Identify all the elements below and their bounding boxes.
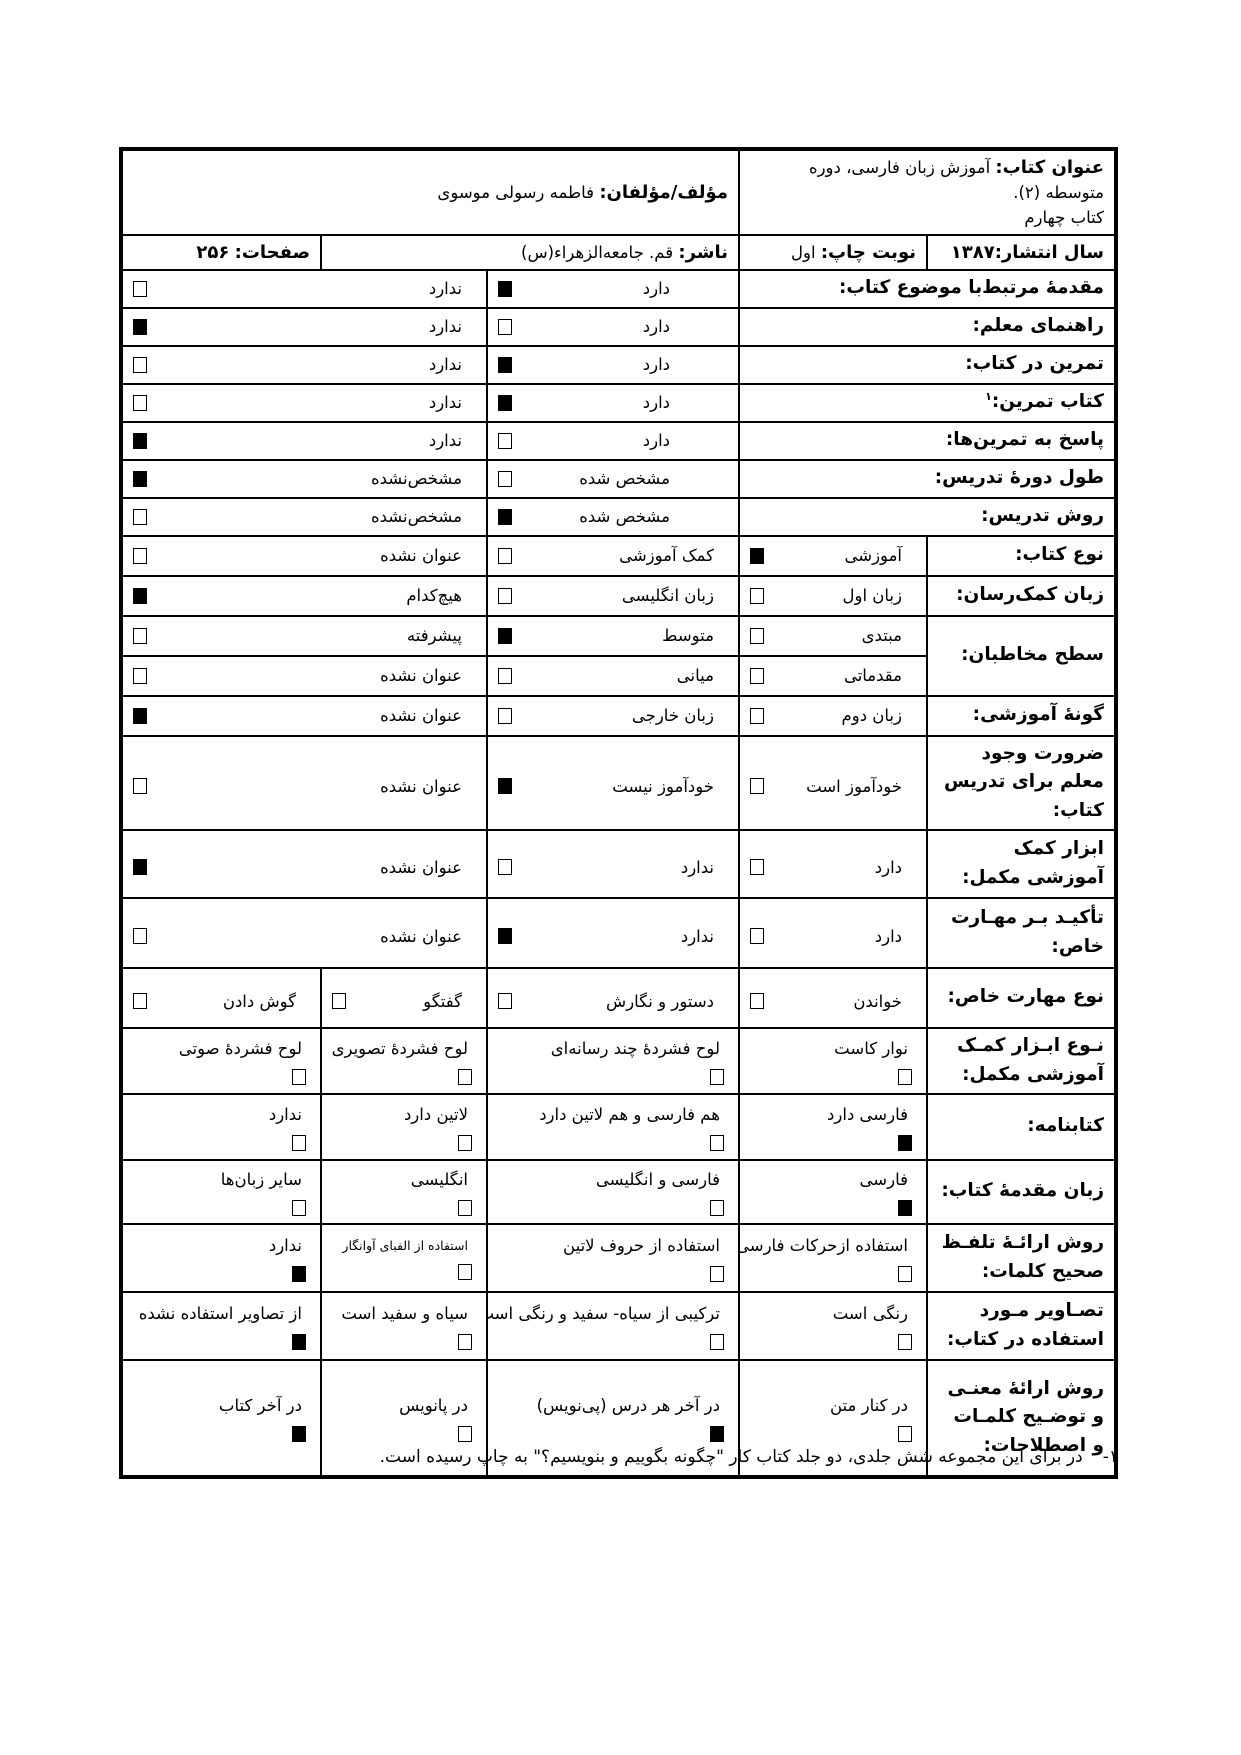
field-label-cell: طول دورهٔ تدریس:	[739, 460, 1116, 498]
option-checkbox	[292, 1426, 306, 1442]
option-checkbox	[458, 1426, 472, 1442]
option-label: دارد	[643, 279, 670, 298]
footnote-text: در برای این مجموعه شش جلدی، دو جلد کتاب …	[380, 1447, 1083, 1467]
row-teaching-duration: طول دورهٔ تدریس: مشخص شده مشخص‌نشده	[121, 460, 1116, 498]
row-images-used: تصـاویر مـورد استفاده در کتاب: رنگی است …	[121, 1292, 1116, 1360]
publisher-cell: ناشر: قم. جامعه‌الزهراء(س)	[321, 235, 739, 270]
option-label: در کنار متن	[830, 1396, 908, 1415]
field-label-cell: پاسخ به تمرین‌ها:	[739, 422, 1116, 460]
field-label: مقدمهٔ مرتبط‌با موضوع کتاب:	[839, 277, 1104, 298]
pages-value: ۲۵۶	[196, 242, 229, 263]
option-label: انگلیسی	[411, 1170, 468, 1189]
option-label: مشخص‌نشده	[371, 469, 462, 488]
option-cell: دارد	[487, 422, 739, 460]
publish-year-value: ۱۳۸۷	[951, 242, 995, 263]
option-cell: فارسی	[739, 1160, 927, 1224]
option-label: عنوان نشده	[380, 706, 462, 725]
option-checkbox	[133, 548, 147, 564]
option-checkbox	[332, 993, 346, 1009]
field-label: گونهٔ آموزشی:	[973, 704, 1104, 725]
option-label: متوسط	[662, 626, 714, 645]
option-checkbox	[498, 433, 512, 449]
option-label: مبتدی	[862, 626, 902, 645]
row-bibliography: کتابنامه: فارسی دارد هم فارسی و هم لاتین…	[121, 1094, 1116, 1160]
option-cell: استفاده از حروف لاتین	[487, 1224, 739, 1292]
row-title-author: عنوان کتاب: آموزش زبان فارسی، دوره متوسط…	[121, 149, 1116, 235]
option-checkbox	[133, 993, 147, 1009]
option-checkbox	[133, 928, 147, 944]
option-cell: رنگی است	[739, 1292, 927, 1360]
option-cell: دارد	[487, 384, 739, 422]
option-cell: کمک آموزشی	[487, 536, 739, 576]
row-exercises-in-book: تمرین در کتاب: دارد ندارد	[121, 346, 1116, 384]
option-checkbox	[750, 628, 764, 644]
option-checkbox	[292, 1334, 306, 1350]
option-cell: مشخص شده	[487, 498, 739, 536]
option-checkbox	[498, 548, 512, 564]
option-label: استفاده ازحرکات فارسی	[739, 1236, 908, 1255]
option-cell: دارد	[739, 898, 927, 968]
option-checkbox	[133, 628, 147, 644]
option-label: پیشرفته	[407, 626, 462, 645]
publisher-label: ناشر:	[678, 242, 728, 263]
option-cell: سیاه و سفید است	[321, 1292, 487, 1360]
option-label: زبان دوم	[842, 706, 902, 725]
option-cell: نوار کاست	[739, 1028, 927, 1094]
option-cell: ندارد	[121, 422, 487, 460]
field-label: روش تدریس:	[981, 505, 1104, 526]
option-label: کمک آموزشی	[619, 546, 714, 565]
row-workbook: کتاب تمرین:۱ دارد ندارد	[121, 384, 1116, 422]
option-cell: ترکیبی از سیاه- سفید و رنگی است	[487, 1292, 739, 1360]
option-label: ندارد	[429, 393, 462, 412]
option-checkbox	[498, 588, 512, 604]
option-cell: لاتین دارد	[321, 1094, 487, 1160]
option-checkbox	[710, 1069, 724, 1085]
field-label-cell: کتاب تمرین:۱	[739, 384, 1116, 422]
option-cell: ندارد	[121, 384, 487, 422]
field-label: زبان مقدمهٔ کتاب:	[941, 1180, 1104, 1201]
field-label-cell: تأکیـد بـر مهـارت خاص:	[927, 898, 1116, 968]
option-cell: فارسی دارد	[739, 1094, 927, 1160]
option-label: خودآموز است	[806, 777, 902, 796]
edition-value: اول	[791, 243, 816, 262]
pages-label: صفحات:	[235, 242, 310, 263]
option-checkbox	[898, 1135, 912, 1151]
option-checkbox	[133, 509, 147, 525]
option-cell: دارد	[739, 830, 927, 898]
option-cell: سایر زبان‌ها	[121, 1160, 321, 1224]
option-label: رنگی است	[833, 1304, 908, 1323]
option-checkbox	[710, 1426, 724, 1442]
field-label-cell: کتابنامه:	[927, 1094, 1116, 1160]
row-educational-variety: گونهٔ آموزشی: زبان دوم زبان خارجی عنوان …	[121, 696, 1116, 736]
option-checkbox	[498, 778, 512, 794]
option-cell: ندارد	[121, 270, 487, 308]
option-cell: مشخص‌نشده	[121, 460, 487, 498]
option-cell: متوسط	[487, 616, 739, 656]
row-preface-language: زبان مقدمهٔ کتاب: فارسی فارسی و انگلیسی …	[121, 1160, 1116, 1224]
option-label: زبان انگلیسی	[622, 586, 714, 605]
option-label: خودآموز نیست	[612, 777, 714, 796]
field-label-cell: روش تدریس:	[739, 498, 1116, 536]
field-label: نوع مهارت خاص:	[948, 986, 1104, 1007]
option-checkbox	[498, 319, 512, 335]
field-label: تصـاویر مـورد استفاده در کتاب:	[947, 1300, 1104, 1350]
row-emphasis-on-specific-skill: تأکیـد بـر مهـارت خاص: دارد ندارد عنوان …	[121, 898, 1116, 968]
author-cell: مؤلف/مؤلفان: فاطمه رسولی موسوی	[121, 149, 739, 235]
book-evaluation-table: عنوان کتاب: آموزش زبان فارسی، دوره متوسط…	[119, 147, 1118, 1479]
field-label: راهنمای معلم:	[973, 315, 1104, 336]
option-cell: لوح فشردهٔ صوتی	[121, 1028, 321, 1094]
footnote-marker: ۱-	[1103, 1447, 1118, 1467]
field-label-cell: نـوع ابـزار کمـک آموزشی مکمل:	[927, 1028, 1116, 1094]
option-cell: ندارد	[121, 1094, 321, 1160]
option-checkbox	[498, 859, 512, 875]
option-cell: لوح فشردهٔ چند رسانه‌ای	[487, 1028, 739, 1094]
option-cell: آموزشی	[739, 536, 927, 576]
option-label: در پانویس	[399, 1396, 468, 1415]
option-cell: هم فارسی و هم لاتین دارد	[487, 1094, 739, 1160]
footnote: ۱-در برای این مجموعه شش جلدی، دو جلد کتا…	[122, 1447, 1118, 1467]
option-checkbox	[750, 548, 764, 564]
option-cell: عنوان نشده	[121, 736, 487, 830]
field-label-cell: ابزار کمک آموزشی مکمل:	[927, 830, 1116, 898]
field-label-cell: زبان کمک‌رسان:	[927, 576, 1116, 616]
option-cell: عنوان نشده	[121, 696, 487, 736]
row-teacher-guide: راهنمای معلم: دارد ندارد	[121, 308, 1116, 346]
option-checkbox	[133, 859, 147, 875]
field-label: ضرورت وجود معلم برای تدریس کتاب:	[944, 743, 1104, 821]
field-label-cell: ضرورت وجود معلم برای تدریس کتاب:	[927, 736, 1116, 830]
option-label: ندارد	[269, 1105, 302, 1124]
row-pronunciation-method: روش ارائـهٔ تلفـظ صحیح کلمات: استفاده از…	[121, 1224, 1116, 1292]
option-cell: استفاده از الفبای آوانگار	[321, 1224, 487, 1292]
option-cell: هیچ‌کدام	[121, 576, 487, 616]
option-label: دارد	[875, 858, 902, 877]
author-label: مؤلف/مؤلفان:	[599, 182, 728, 203]
option-checkbox	[710, 1266, 724, 1282]
option-checkbox	[710, 1135, 724, 1151]
option-cell: زبان اول	[739, 576, 927, 616]
publish-year-label: سال انتشار:	[995, 242, 1104, 263]
row-audience-level-1: سطح مخاطبان: مبتدی متوسط پیشرفته	[121, 616, 1116, 656]
option-cell: عنوان نشده	[121, 536, 487, 576]
option-label: سایر زبان‌ها	[221, 1170, 302, 1189]
option-checkbox	[750, 859, 764, 875]
edition-cell: نوبت چاپ: اول	[739, 235, 927, 270]
option-checkbox	[498, 509, 512, 525]
field-label-cell: تمرین در کتاب:	[739, 346, 1116, 384]
option-label: مشخص شده	[579, 507, 670, 526]
publish-year-cell: سال انتشار:۱۳۸۷	[927, 235, 1116, 270]
option-checkbox	[498, 668, 512, 684]
option-label: میانی	[677, 666, 714, 685]
option-label: نوار کاست	[834, 1039, 908, 1058]
option-checkbox	[498, 628, 512, 644]
option-cell: دستور و نگارش	[487, 968, 739, 1028]
option-checkbox	[898, 1200, 912, 1216]
option-label: مقدماتی	[844, 666, 902, 685]
field-label: روش ارائـهٔ تلفـظ صحیح کلمات:	[942, 1232, 1104, 1282]
option-checkbox	[133, 433, 147, 449]
option-checkbox	[750, 668, 764, 684]
option-checkbox	[133, 668, 147, 684]
option-label: مشخص شده	[579, 469, 670, 488]
option-cell: مشخص شده	[487, 460, 739, 498]
field-label: سطح مخاطبان:	[961, 644, 1104, 665]
option-checkbox	[292, 1266, 306, 1282]
option-label: لوح فشردهٔ چند رسانه‌ای	[551, 1039, 720, 1058]
option-label: استفاده از الفبای آوانگار	[342, 1238, 468, 1253]
option-label: عنوان نشده	[380, 546, 462, 565]
option-cell: خواندن	[739, 968, 927, 1028]
row-supplementary-teaching-aids: ابزار کمک آموزشی مکمل: دارد ندارد عنوان …	[121, 830, 1116, 898]
field-label: روش ارائهٔ معنـی و توضـیح کلمـات و اصطلا…	[947, 1378, 1104, 1456]
field-label-cell: نوع کتاب:	[927, 536, 1116, 576]
option-label: عنوان نشده	[380, 777, 462, 796]
option-label: فارسی	[860, 1170, 908, 1189]
field-label-cell: مقدمهٔ مرتبط‌با موضوع کتاب:	[739, 270, 1116, 308]
option-cell: عنوان نشده	[121, 898, 487, 968]
row-teaching-method: روش تدریس: مشخص شده مشخص‌نشده	[121, 498, 1116, 536]
option-label: ترکیبی از سیاه- سفید و رنگی است	[487, 1304, 720, 1323]
option-cell: زبان دوم	[739, 696, 927, 736]
option-label: دارد	[643, 317, 670, 336]
option-cell: ندارد	[121, 1224, 321, 1292]
row-specific-skill-type: نوع مهارت خاص: خواندن دستور و نگارش گفتگ…	[121, 968, 1116, 1028]
option-checkbox	[750, 708, 764, 724]
field-label: نـوع ابـزار کمـک آموزشی مکمل:	[957, 1035, 1104, 1085]
option-cell: گوش دادن	[121, 968, 321, 1028]
row-intro-related-to-topic: مقدمهٔ مرتبط‌با موضوع کتاب: دارد ندارد	[121, 270, 1116, 308]
row-supplementary-aid-type: نـوع ابـزار کمـک آموزشی مکمل: نوار کاست …	[121, 1028, 1116, 1094]
option-label: عنوان نشده	[380, 927, 462, 946]
author-value: فاطمه رسولی موسوی	[437, 183, 594, 202]
option-checkbox	[292, 1200, 306, 1216]
option-cell: زبان انگلیسی	[487, 576, 739, 616]
option-label: گوش دادن	[223, 992, 296, 1011]
option-label: ندارد	[429, 355, 462, 374]
option-checkbox	[710, 1334, 724, 1350]
option-cell: میانی	[487, 656, 739, 696]
row-auxiliary-language: زبان کمک‌رسان: زبان اول زبان انگلیسی هیچ…	[121, 576, 1116, 616]
option-label: خواندن	[853, 992, 902, 1011]
field-label: ابزار کمک آموزشی مکمل:	[962, 838, 1104, 888]
option-cell: خودآموز است	[739, 736, 927, 830]
pages-cell: صفحات: ۲۵۶	[121, 235, 321, 270]
option-checkbox	[292, 1135, 306, 1151]
option-label: سیاه و سفید است	[341, 1304, 468, 1323]
option-checkbox	[458, 1264, 472, 1280]
option-checkbox	[458, 1069, 472, 1085]
option-label: فارسی و انگلیسی	[596, 1170, 720, 1189]
option-checkbox	[133, 778, 147, 794]
option-label: در آخر کتاب	[219, 1396, 302, 1415]
option-checkbox	[133, 395, 147, 411]
option-label: ندارد	[429, 431, 462, 450]
option-label: عنوان نشده	[380, 858, 462, 877]
option-checkbox	[498, 395, 512, 411]
option-label: دارد	[643, 393, 670, 412]
option-label: لوح فشردهٔ صوتی	[179, 1039, 302, 1058]
option-label: ندارد	[681, 927, 714, 946]
option-cell: ندارد	[121, 308, 487, 346]
option-label: در آخر هر درس (پی‌نویس)	[537, 1396, 720, 1415]
option-checkbox	[898, 1334, 912, 1350]
option-label: دارد	[643, 431, 670, 450]
option-label: دستور و نگارش	[606, 992, 714, 1011]
option-checkbox	[458, 1135, 472, 1151]
option-label: هم فارسی و هم لاتین دارد	[539, 1105, 720, 1124]
option-label: از تصاویر استفاده نشده	[139, 1304, 302, 1323]
option-label: گفتگو	[423, 992, 462, 1011]
row-answers-to-exercises: پاسخ به تمرین‌ها: دارد ندارد	[121, 422, 1116, 460]
option-label: ندارد	[429, 317, 462, 336]
option-label: دارد	[643, 355, 670, 374]
option-cell: زبان خارجی	[487, 696, 739, 736]
option-checkbox	[750, 993, 764, 1009]
publisher-value: قم. جامعه‌الزهراء(س)	[521, 243, 673, 262]
option-checkbox	[750, 778, 764, 794]
field-label-cell: زبان مقدمهٔ کتاب:	[927, 1160, 1116, 1224]
option-cell: انگلیسی	[321, 1160, 487, 1224]
option-label: آموزشی	[845, 546, 903, 565]
option-checkbox	[133, 319, 147, 335]
option-cell: استفاده ازحرکات فارسی	[739, 1224, 927, 1292]
field-label: کتابنامه:	[1027, 1115, 1104, 1136]
option-label: لوح فشردهٔ تصویری	[332, 1039, 468, 1058]
field-label-cell: سطح مخاطبان:	[927, 616, 1116, 696]
option-label: ندارد	[429, 279, 462, 298]
option-checkbox	[750, 588, 764, 604]
option-checkbox	[498, 928, 512, 944]
option-checkbox	[458, 1334, 472, 1350]
option-cell: ندارد	[487, 898, 739, 968]
option-checkbox	[898, 1426, 912, 1442]
option-label: لاتین دارد	[404, 1105, 468, 1124]
option-label: زبان خارجی	[632, 706, 714, 725]
option-checkbox	[710, 1200, 724, 1216]
book-title-cell: عنوان کتاب: آموزش زبان فارسی، دوره متوسط…	[739, 149, 1116, 235]
option-cell: مشخص‌نشده	[121, 498, 487, 536]
field-label-cell: گونهٔ آموزشی:	[927, 696, 1116, 736]
footnote-marker-ref: ۱	[985, 390, 992, 403]
option-checkbox	[458, 1200, 472, 1216]
option-cell: فارسی و انگلیسی	[487, 1160, 739, 1224]
option-checkbox	[498, 708, 512, 724]
option-cell: لوح فشردهٔ تصویری	[321, 1028, 487, 1094]
option-cell: خودآموز نیست	[487, 736, 739, 830]
row-publication-info: سال انتشار:۱۳۸۷ نوبت چاپ: اول ناشر: قم. …	[121, 235, 1116, 270]
option-checkbox	[133, 471, 147, 487]
book-title-label: عنوان کتاب:	[995, 157, 1104, 178]
option-checkbox	[498, 471, 512, 487]
option-checkbox	[133, 357, 147, 373]
field-label: کتاب تمرین:	[992, 391, 1104, 412]
option-cell: عنوان نشده	[121, 656, 487, 696]
option-label: ندارد	[681, 858, 714, 877]
field-label: پاسخ به تمرین‌ها:	[946, 429, 1104, 450]
option-label: ندارد	[269, 1236, 302, 1255]
field-label-cell: تصـاویر مـورد استفاده در کتاب:	[927, 1292, 1116, 1360]
option-cell: پیشرفته	[121, 616, 487, 656]
option-checkbox	[750, 928, 764, 944]
option-label: عنوان نشده	[380, 666, 462, 685]
field-label: طول دورهٔ تدریس:	[935, 467, 1104, 488]
option-label: مشخص‌نشده	[371, 507, 462, 526]
option-label: هیچ‌کدام	[406, 586, 462, 605]
option-label: زبان اول	[843, 586, 903, 605]
field-label-cell: راهنمای معلم:	[739, 308, 1116, 346]
option-checkbox	[898, 1266, 912, 1282]
option-cell: عنوان نشده	[121, 830, 487, 898]
option-label: استفاده از حروف لاتین	[563, 1236, 720, 1255]
field-label-cell: روش ارائـهٔ تلفـظ صحیح کلمات:	[927, 1224, 1116, 1292]
field-label: زبان کمک‌رسان:	[956, 584, 1104, 605]
option-checkbox	[498, 993, 512, 1009]
option-checkbox	[133, 708, 147, 724]
option-cell: گفتگو	[321, 968, 487, 1028]
option-checkbox	[133, 281, 147, 297]
option-checkbox	[498, 357, 512, 373]
option-checkbox	[898, 1069, 912, 1085]
option-checkbox	[133, 588, 147, 604]
field-label: تأکیـد بـر مهـارت خاص:	[951, 907, 1104, 957]
field-label: نوع کتاب:	[1015, 544, 1104, 565]
field-label-cell: نوع مهارت خاص:	[927, 968, 1116, 1028]
row-book-type: نوع کتاب: آموزشی کمک آموزشی عنوان نشده	[121, 536, 1116, 576]
option-cell: دارد	[487, 308, 739, 346]
option-cell: دارد	[487, 346, 739, 384]
option-cell: ندارد	[121, 346, 487, 384]
option-cell: از تصاویر استفاده نشده	[121, 1292, 321, 1360]
option-checkbox	[292, 1069, 306, 1085]
edition-label: نوبت چاپ:	[821, 242, 916, 263]
option-checkbox	[498, 281, 512, 297]
option-cell: دارد	[487, 270, 739, 308]
option-label: فارسی دارد	[827, 1105, 908, 1124]
option-cell: ندارد	[487, 830, 739, 898]
option-cell: مبتدی	[739, 616, 927, 656]
book-title-value-line2: کتاب چهارم	[1024, 208, 1104, 227]
field-label: تمرین در کتاب:	[965, 353, 1104, 374]
option-cell: مقدماتی	[739, 656, 927, 696]
row-teacher-necessity: ضرورت وجود معلم برای تدریس کتاب: خودآموز…	[121, 736, 1116, 830]
option-label: دارد	[875, 927, 902, 946]
